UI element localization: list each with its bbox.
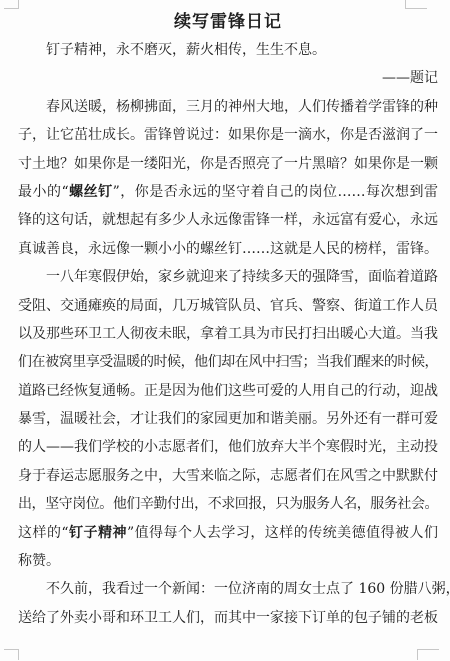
bold-text-run: 螺丝钉	[69, 184, 113, 200]
text-run: ”，你是否永远的坚守着自己的岗位……每次想到雷	[113, 184, 438, 200]
text-run: 道路已经恢复通畅。正是因为他们这些可爱的人用自己的行动，迎战	[18, 383, 438, 399]
text-run: 春风送暖，杨柳拂面，三月的神州大地，人们传播着学雷锋的种	[46, 99, 438, 115]
document-content: 续写雷锋日记 钉子精神，永不磨灭，薪火相传，生生不息。 ——题记 春风送暖，杨柳…	[18, 8, 438, 632]
document-line: 寸土地？如果你是一缕阳光，你是否照亮了一片黑暗？如果你是一颗	[18, 150, 438, 178]
text-run: 子，让它茁壮成长。雷锋曾说过：如果你是一滴水，你是否滋润了一	[18, 127, 438, 143]
document-line: 最小的“螺丝钉”，你是否永远的坚守着自己的岗位……每次想到雷	[18, 178, 438, 206]
text-run: 的人——我们学校的小志愿者们，他们放弃大半个寒假时光，主动投	[18, 439, 438, 455]
document-line: 子，让它茁壮成长。雷锋曾说过：如果你是一滴水，你是否滋润了一	[18, 121, 438, 149]
document-line: 以及那些环卫工人彻夜未眠，拿着工具为市民打扫出暖心大道。当我	[18, 320, 438, 348]
crop-mark-bottom-left	[4, 649, 19, 660]
document-line: 送给了外卖小哥和环卫工人们，而其中一家接下订单的包子铺的老板	[18, 604, 438, 632]
document-line: 们在被窝里享受温暖的时候，他们却在风中扫雪；当我们醒来的时候，	[18, 348, 438, 376]
document-line: 的人——我们学校的小志愿者们，他们放弃大半个寒假时光，主动投	[18, 433, 438, 461]
document-line: 真诚善良，永远像一颗小小的螺丝钉……这就是人民的榜样，雷锋。	[18, 235, 438, 263]
document-page: 续写雷锋日记 钉子精神，永不磨灭，薪火相传，生生不息。 ——题记 春风送暖，杨柳…	[0, 0, 450, 661]
text-run: 锋的这句话，就想起有多少人永远像雷锋一样，永远富有爱心，永远	[18, 212, 438, 228]
text-run: 身于春运志愿服务之中，大雪来临之际，志愿者们在风雪之中默默付	[18, 468, 438, 484]
document-line: 暴雪，温暖社会，才让我们的家园更加和谐美丽。另外还有一群可爱	[18, 405, 438, 433]
text-run: 这样的“	[18, 525, 69, 541]
document-line: 不久前，我看过一个新闻：一位济南的周女士点了 160 份腊八粥，	[18, 575, 438, 603]
document-line: 道路已经恢复通畅。正是因为他们这些可爱的人用自己的行动，迎战	[18, 377, 438, 405]
document-line: 出，坚守岗位。他们辛勤付出，不求回报，只为服务人名，服务社会。	[18, 490, 438, 518]
text-run: 真诚善良，永远像一颗小小的螺丝钉……这就是人民的榜样，雷锋。	[18, 241, 438, 257]
text-run: 受阻、交通瘫痪的局面，几万城管队员、官兵、警察、街道工作人员	[18, 298, 438, 314]
epigraph-attribution: ——题记	[18, 64, 438, 92]
text-run: 以及那些环卫工人彻夜未眠，拿着工具为市民打扫出暖心大道。当我	[18, 326, 438, 342]
text-run: 出，坚守岗位。他们辛勤付出，不求回报，只为服务人名，服务社会。	[18, 496, 438, 512]
text-run: 们在被窝里享受温暖的时候，他们却在风中扫雪；当我们醒来的时候，	[18, 354, 438, 370]
text-run: 一八年寒假伊始，家乡就迎来了持续多天的强降雪，面临着道路	[46, 269, 438, 285]
document-line: 这样的“钉子精神”值得每个人去学习，这样的传统美德值得被人们	[18, 519, 438, 547]
crop-mark-top-left	[4, 0, 19, 9]
paragraph: 不久前，我看过一个新闻：一位济南的周女士点了 160 份腊八粥，送给了外卖小哥和…	[18, 575, 438, 632]
text-run: ”值得每个人去学习，这样的传统美德值得被人们	[127, 525, 438, 541]
text-run: 最小的“	[18, 184, 69, 200]
text-run: 暴雪，温暖社会，才让我们的家园更加和谐美丽。另外还有一群可爱	[18, 411, 438, 427]
document-line: 一八年寒假伊始，家乡就迎来了持续多天的强降雪，面临着道路	[18, 263, 438, 291]
bold-text-run: 钉子精神	[69, 525, 127, 541]
text-run: 送给了外卖小哥和环卫工人们，而其中一家接下订单的包子铺的老板	[18, 610, 438, 626]
epigraph: 钉子精神，永不磨灭，薪火相传，生生不息。	[18, 36, 438, 64]
paragraph: 一八年寒假伊始，家乡就迎来了持续多天的强降雪，面临着道路受阻、交通瘫痪的局面，几…	[18, 263, 438, 575]
document-line: 春风送暖，杨柳拂面，三月的神州大地，人们传播着学雷锋的种	[18, 93, 438, 121]
text-run: 寸土地？如果你是一缕阳光，你是否照亮了一片黑暗？如果你是一颗	[18, 156, 438, 172]
text-run: 不久前，我看过一个新闻：一位济南的周女士点了 160 份腊八粥，	[46, 581, 450, 597]
crop-mark-bottom-right	[417, 649, 439, 660]
document-line: 锋的这句话，就想起有多少人永远像雷锋一样，永远富有爱心，永远	[18, 206, 438, 234]
text-run: 称赞。	[18, 553, 60, 569]
paragraph: 春风送暖，杨柳拂面，三月的神州大地，人们传播着学雷锋的种子，让它茁壮成长。雷锋曾…	[18, 93, 438, 263]
document-title: 续写雷锋日记	[18, 8, 438, 36]
document-body: 春风送暖，杨柳拂面，三月的神州大地，人们传播着学雷锋的种子，让它茁壮成长。雷锋曾…	[18, 93, 438, 632]
document-line: 称赞。	[18, 547, 438, 575]
document-line: 身于春运志愿服务之中，大雪来临之际，志愿者们在风雪之中默默付	[18, 462, 438, 490]
document-line: 受阻、交通瘫痪的局面，几万城管队员、官兵、警察、街道工作人员	[18, 292, 438, 320]
